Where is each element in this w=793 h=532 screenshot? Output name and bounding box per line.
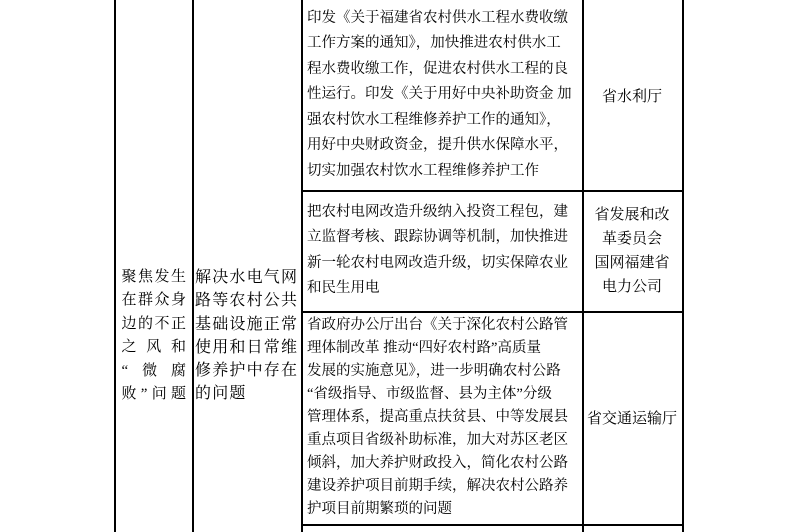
table-border-vertical-5: [682, 0, 684, 532]
document-table-page: 聚焦发生 在群众身 边的不正 之风和 “微腐 败”问题 解决水电气网 路等农村公…: [0, 0, 793, 532]
measure-text-rural-roads: 省政府办公厅出台《关于深化农村公路管 理体制改革 推动“四好农村路”高质量 发展…: [307, 314, 581, 521]
table-border-horizontal-3: [301, 524, 684, 526]
department-cell-transportation: 省交通运输厅: [582, 311, 682, 524]
measure-cell-water-supply: 印发《关于福建省农村供水工程水费收缴 工作方案的通知》，加快推进农村供水工 程水…: [301, 0, 582, 190]
measure-text-water-supply: 印发《关于福建省农村供水工程水费收缴 工作方案的通知》，加快推进农村供水工 程水…: [307, 6, 581, 185]
problem-category-cell: 聚焦发生 在群众身 边的不正 之风和 “微腐 败”问题: [116, 266, 193, 406]
department-cell-development-reform: 省发展和改 革委员会 国网福建省 电力公司: [582, 190, 682, 311]
measure-cell-power-grid: 把农村电网改造升级纳入投资工程包，建 立监督考核、跟踪协调等机制，加快推进 新一…: [301, 190, 582, 311]
measure-text-power-grid: 把农村电网改造升级纳入投资工程包，建 立监督考核、跟踪协调等机制，加快推进 新一…: [307, 200, 581, 302]
measure-cell-rural-roads: 省政府办公厅出台《关于深化农村公路管 理体制改革 推动“四好农村路”高质量 发展…: [301, 311, 582, 524]
table-border-vertical-2: [192, 0, 194, 532]
specific-issue-cell: 解决水电气网 路等农村公共 基础设施正常 使用和日常维 修养护中存在 的问题: [195, 266, 302, 406]
department-cell-water-resources: 省水利厅: [582, 0, 682, 190]
